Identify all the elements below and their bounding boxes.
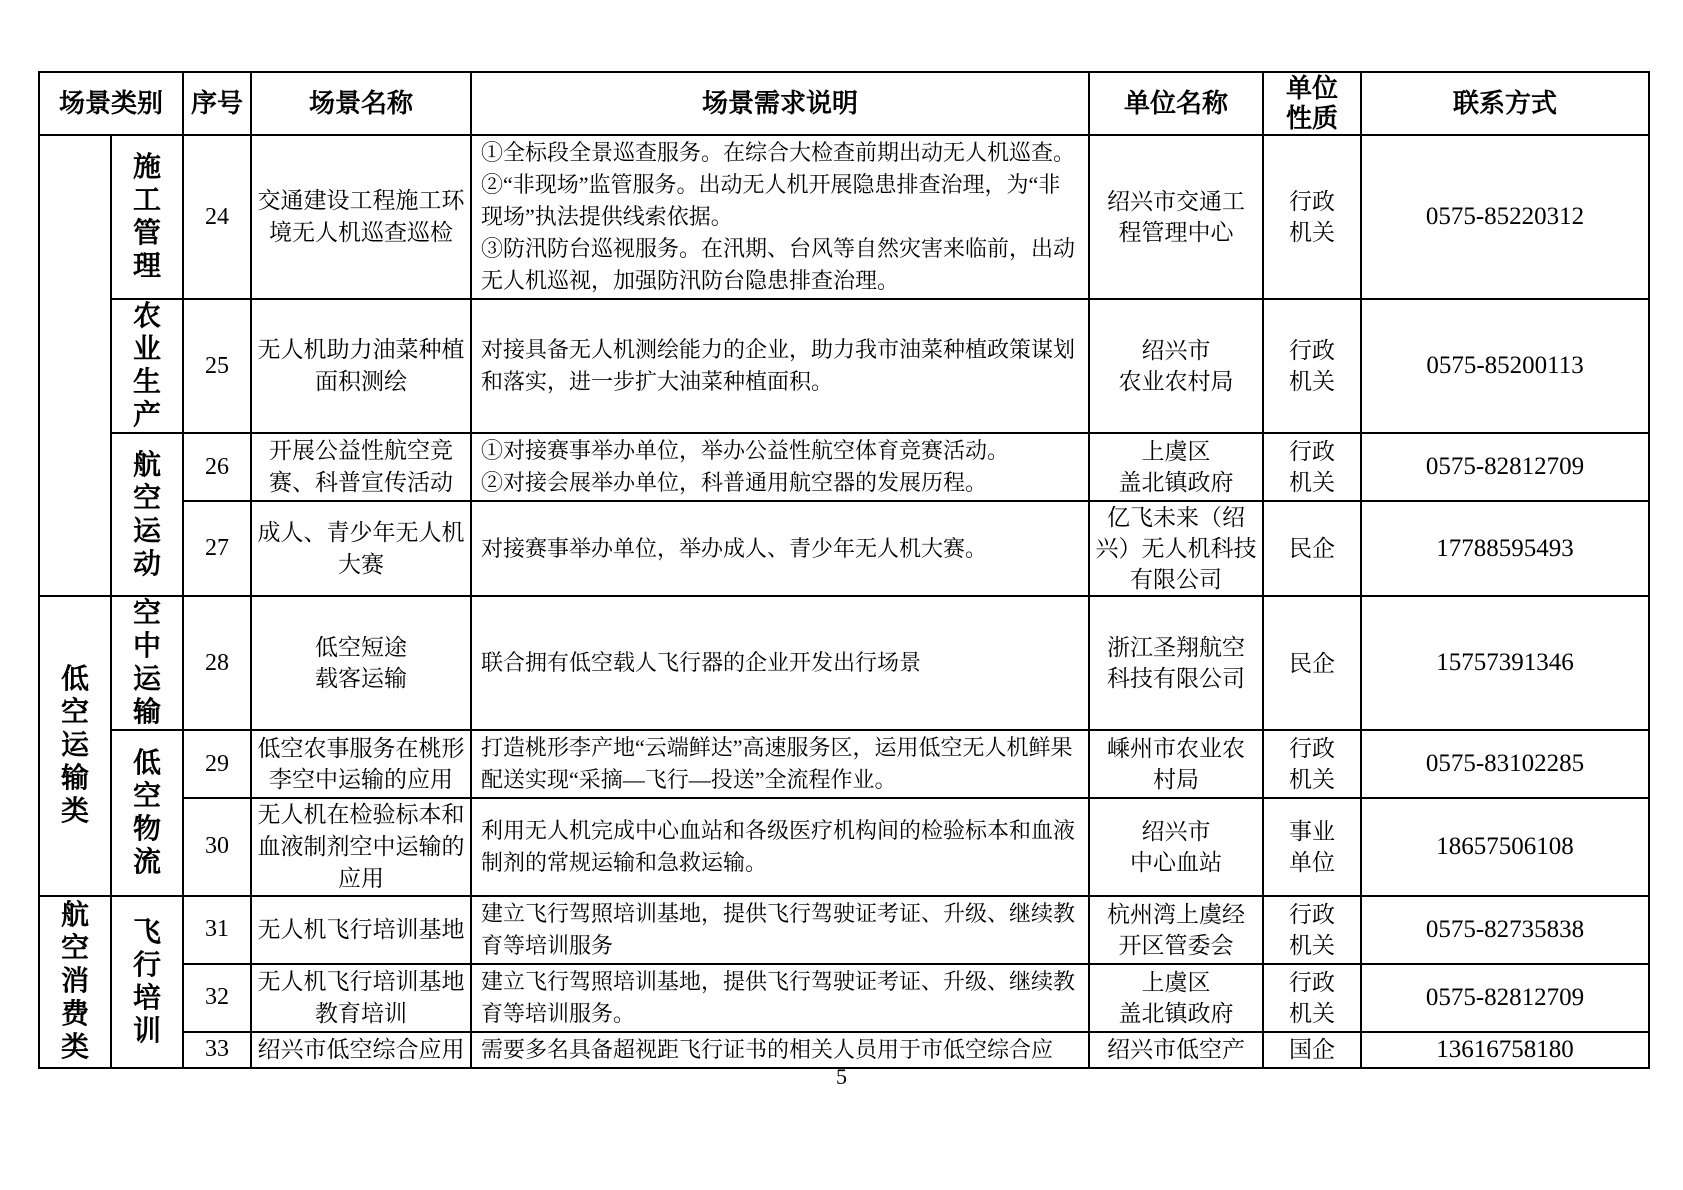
contact-cell: 15757391346 <box>1361 596 1649 730</box>
index-cell: 29 <box>183 730 251 798</box>
category-cell: 低空运输类 <box>39 596 111 895</box>
subcategory-cell: 低空物流 <box>111 730 183 895</box>
scenario-name-cell: 开展公益性航空竞 赛、科普宣传活动 <box>251 433 471 501</box>
subcategory-label: 飞行培训 <box>132 916 162 1048</box>
subcategory-label: 空中运输 <box>132 597 162 729</box>
header-scenario-name: 场景名称 <box>251 72 471 135</box>
table-row: 低空运输类 空中运输 28 低空短途 载客运输 联合拥有低空载人飞行器的企业开发… <box>39 596 1649 730</box>
category-label: 低空运输类 <box>60 663 90 828</box>
unit-type-cell: 国企 <box>1263 1032 1361 1068</box>
unit-cell: 浙江圣翔航空 科技有限公司 <box>1089 596 1263 730</box>
scenario-name-cell: 无人机助力油菜种植 面积测绘 <box>251 299 471 433</box>
index-cell: 31 <box>183 896 251 964</box>
subcategory-cell: 施工管理 <box>111 135 183 299</box>
scenario-name-cell: 无人机飞行培训基地 <box>251 896 471 964</box>
header-unit-type: 单位 性质 <box>1263 72 1361 135</box>
table-row: 27 成人、青少年无人机 大赛 对接赛事举办单位，举办成人、青少年无人机大赛。 … <box>39 501 1649 596</box>
description-cell: ①全标段全景巡查服务。在综合大检查前期出动无人机巡查。 ②“非现场”监管服务。出… <box>471 135 1089 299</box>
header-description: 场景需求说明 <box>471 72 1089 135</box>
unit-cell: 嵊州市农业农 村局 <box>1089 730 1263 798</box>
index-cell: 27 <box>183 501 251 596</box>
header-unit: 单位名称 <box>1089 72 1263 135</box>
index-cell: 25 <box>183 299 251 433</box>
scenario-name-cell: 无人机在检验标本和 血液制剂空中运输的 应用 <box>251 798 471 895</box>
description-cell: 对接赛事举办单位，举办成人、青少年无人机大赛。 <box>471 501 1089 596</box>
description-cell: 对接具备无人机测绘能力的企业，助力我市油菜种植政策谋划和落实，进一步扩大油菜种植… <box>471 299 1089 433</box>
subcategory-label: 施工管理 <box>132 151 162 283</box>
index-cell: 32 <box>183 964 251 1032</box>
unit-cell: 杭州湾上虞经 开区管委会 <box>1089 896 1263 964</box>
scenario-name-cell: 成人、青少年无人机 大赛 <box>251 501 471 596</box>
subcategory-label: 低空物流 <box>132 747 162 879</box>
unit-type-cell: 行政 机关 <box>1263 730 1361 798</box>
contact-cell: 0575-82812709 <box>1361 433 1649 501</box>
unit-cell: 绍兴市 农业农村局 <box>1089 299 1263 433</box>
page-number: 5 <box>0 1064 1683 1090</box>
index-cell: 26 <box>183 433 251 501</box>
table-row: 33 绍兴市低空综合应用 需要多名具备超视距飞行证书的相关人员用于市低空综合应 … <box>39 1032 1649 1068</box>
description-cell: 需要多名具备超视距飞行证书的相关人员用于市低空综合应 <box>471 1032 1089 1068</box>
category-cell <box>39 135 111 596</box>
unit-type-cell: 行政 机关 <box>1263 135 1361 299</box>
unit-cell: 绍兴市 中心血站 <box>1089 798 1263 895</box>
contact-cell: 13616758180 <box>1361 1032 1649 1068</box>
index-cell: 33 <box>183 1032 251 1068</box>
description-cell: 联合拥有低空载人飞行器的企业开发出行场景 <box>471 596 1089 730</box>
unit-type-cell: 行政 机关 <box>1263 896 1361 964</box>
unit-type-cell: 事业 单位 <box>1263 798 1361 895</box>
scenario-name-cell: 绍兴市低空综合应用 <box>251 1032 471 1068</box>
header-row: 场景类别 序号 场景名称 场景需求说明 单位名称 单位 性质 联系方式 <box>39 72 1649 135</box>
table-row: 施工管理 24 交通建设工程施工环 境无人机巡查巡检 ①全标段全景巡查服务。在综… <box>39 135 1649 299</box>
document-page: 场景类别 序号 场景名称 场景需求说明 单位名称 单位 性质 联系方式 施工管理… <box>0 0 1683 1190</box>
category-label: 航空消费类 <box>60 899 90 1064</box>
index-cell: 28 <box>183 596 251 730</box>
description-cell: 建立飞行驾照培训基地，提供飞行驾驶证考证、升级、继续教育等培训服务。 <box>471 964 1089 1032</box>
table-row: 低空物流 29 低空农事服务在桃形 李空中运输的应用 打造桃形李产地“云端鲜达”… <box>39 730 1649 798</box>
unit-cell: 亿飞未来（绍 兴）无人机科技 有限公司 <box>1089 501 1263 596</box>
unit-type-cell: 民企 <box>1263 501 1361 596</box>
contact-cell: 0575-82812709 <box>1361 964 1649 1032</box>
contact-cell: 0575-85200113 <box>1361 299 1649 433</box>
unit-cell: 上虞区 盖北镇政府 <box>1089 433 1263 501</box>
unit-cell: 上虞区 盖北镇政府 <box>1089 964 1263 1032</box>
contact-cell: 18657506108 <box>1361 798 1649 895</box>
contact-cell: 0575-85220312 <box>1361 135 1649 299</box>
unit-type-cell: 行政 机关 <box>1263 299 1361 433</box>
unit-type-cell: 行政 机关 <box>1263 964 1361 1032</box>
subcategory-cell: 飞行培训 <box>111 896 183 1068</box>
description-cell: 建立飞行驾照培训基地，提供飞行驾驶证考证、升级、继续教育等培训服务 <box>471 896 1089 964</box>
description-cell: 利用无人机完成中心血站和各级医疗机构间的检验标本和血液制剂的常规运输和急救运输。 <box>471 798 1089 895</box>
subcategory-label: 农业生产 <box>132 300 162 432</box>
table-row: 航空消费类 飞行培训 31 无人机飞行培训基地 建立飞行驾照培训基地，提供飞行驾… <box>39 896 1649 964</box>
header-contact: 联系方式 <box>1361 72 1649 135</box>
header-category: 场景类别 <box>39 72 183 135</box>
subcategory-cell: 航空运动 <box>111 433 183 596</box>
unit-cell: 绍兴市交通工 程管理中心 <box>1089 135 1263 299</box>
index-cell: 30 <box>183 798 251 895</box>
contact-cell: 0575-83102285 <box>1361 730 1649 798</box>
contact-cell: 17788595493 <box>1361 501 1649 596</box>
scenario-name-cell: 无人机飞行培训基地 教育培训 <box>251 964 471 1032</box>
unit-cell: 绍兴市低空产 <box>1089 1032 1263 1068</box>
header-index: 序号 <box>183 72 251 135</box>
description-cell: 打造桃形李产地“云端鲜达”高速服务区，运用低空无人机鲜果配送实现“采摘—飞行—投… <box>471 730 1089 798</box>
subcategory-label: 航空运动 <box>132 449 162 581</box>
scenario-table: 场景类别 序号 场景名称 场景需求说明 单位名称 单位 性质 联系方式 施工管理… <box>38 71 1650 1069</box>
scenario-name-cell: 低空农事服务在桃形 李空中运输的应用 <box>251 730 471 798</box>
index-cell: 24 <box>183 135 251 299</box>
table-row: 32 无人机飞行培训基地 教育培训 建立飞行驾照培训基地，提供飞行驾驶证考证、升… <box>39 964 1649 1032</box>
table-row: 农业生产 25 无人机助力油菜种植 面积测绘 对接具备无人机测绘能力的企业，助力… <box>39 299 1649 433</box>
scenario-name-cell: 低空短途 载客运输 <box>251 596 471 730</box>
table-row: 30 无人机在检验标本和 血液制剂空中运输的 应用 利用无人机完成中心血站和各级… <box>39 798 1649 895</box>
description-cell: ①对接赛事举办单位，举办公益性航空体育竞赛活动。 ②对接会展举办单位，科普通用航… <box>471 433 1089 501</box>
subcategory-cell: 空中运输 <box>111 596 183 730</box>
unit-type-cell: 民企 <box>1263 596 1361 730</box>
contact-cell: 0575-82735838 <box>1361 896 1649 964</box>
subcategory-cell: 农业生产 <box>111 299 183 433</box>
table-row: 航空运动 26 开展公益性航空竞 赛、科普宣传活动 ①对接赛事举办单位，举办公益… <box>39 433 1649 501</box>
scenario-name-cell: 交通建设工程施工环 境无人机巡查巡检 <box>251 135 471 299</box>
unit-type-cell: 行政 机关 <box>1263 433 1361 501</box>
category-cell: 航空消费类 <box>39 896 111 1068</box>
